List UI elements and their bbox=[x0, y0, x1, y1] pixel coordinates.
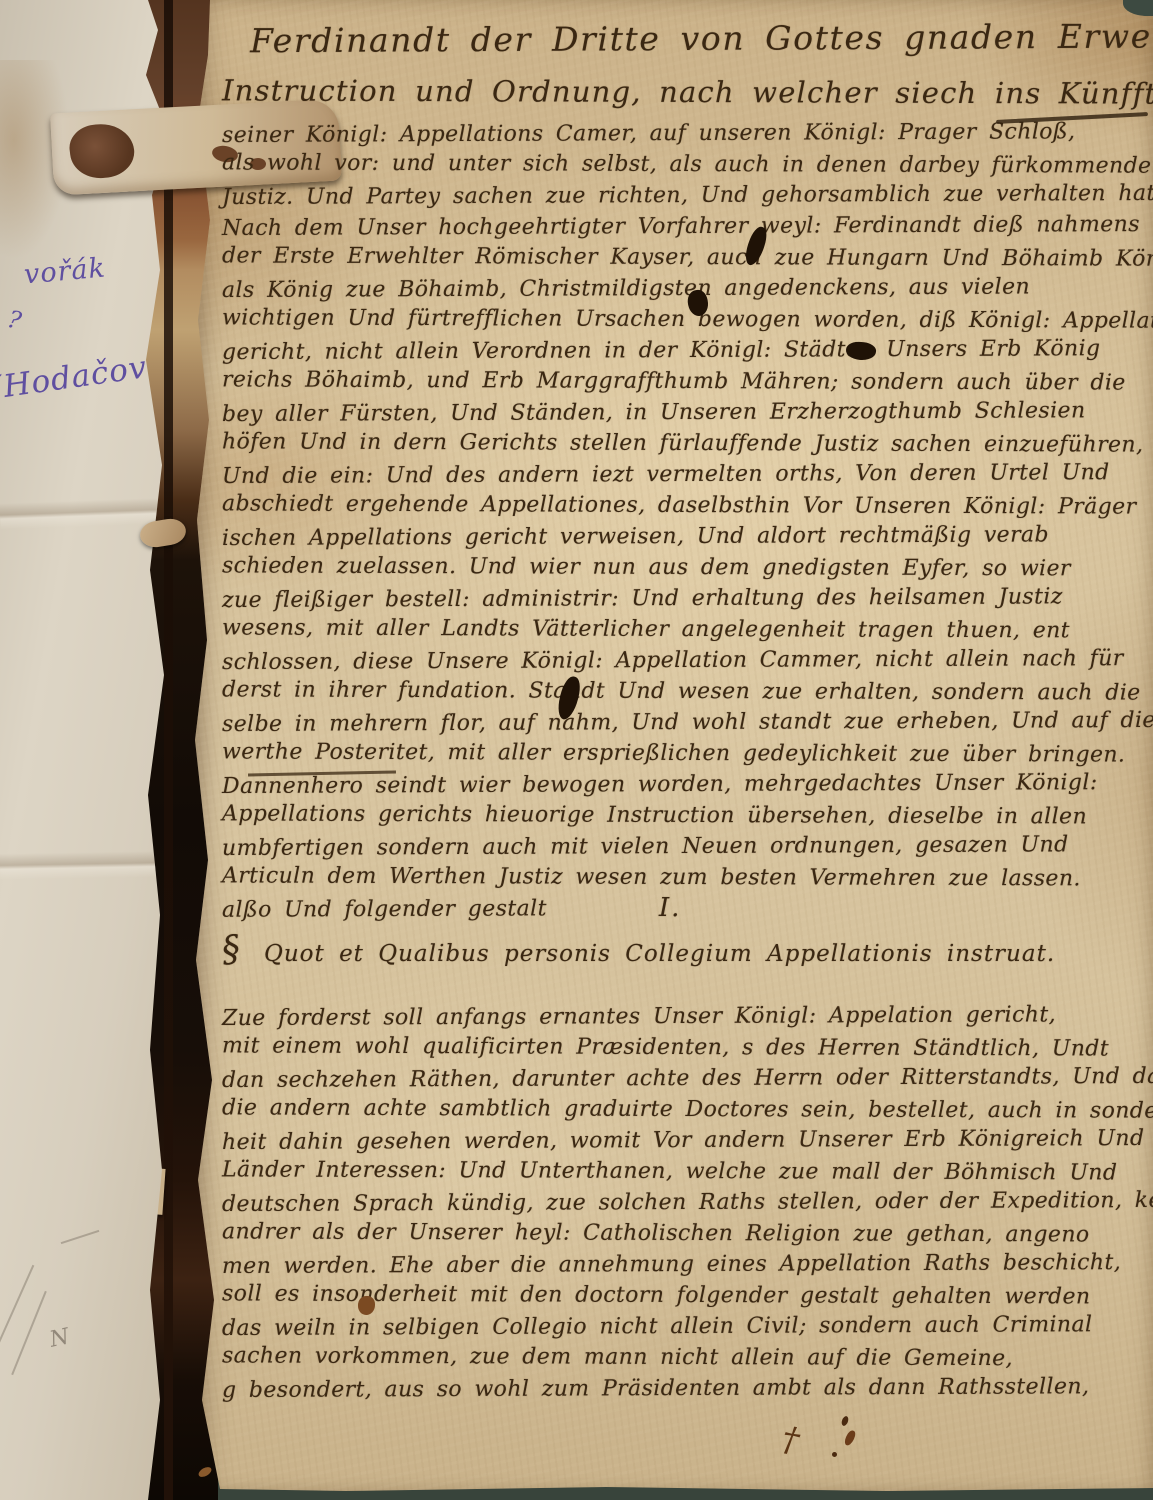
manuscript-line: bey aller Fürsten, Und Ständen, in Unser… bbox=[222, 395, 1148, 430]
manuscript-line: Appellations gerichts hieuorige Instruct… bbox=[222, 798, 1148, 832]
ink-speck bbox=[832, 1452, 837, 1457]
manuscript-line: andrer als der Unserer heyl: Catholische… bbox=[222, 1216, 1148, 1250]
manuscript-line: Articuln dem Werthen Justiz wesen zum be… bbox=[222, 860, 1148, 894]
manuscript-line: Zue forderst soll anfangs ernantes Unser… bbox=[222, 999, 1148, 1034]
manuscript-line: werthe Posteritet, mit aller ersprießlic… bbox=[222, 736, 1148, 770]
manuscript-line: höfen Und in dern Gerichts stellen fürla… bbox=[222, 426, 1148, 460]
manuscript-line: abschiedt ergehende Appellationes, dasel… bbox=[222, 488, 1148, 522]
manuscript-line: mit einem wohl qualificirten Præsidenten… bbox=[222, 1030, 1148, 1064]
manuscript-line: Justiz. Und Partey sachen zue richten, U… bbox=[222, 178, 1148, 213]
intro-block: seiner Königl: Appellations Camer, auf u… bbox=[222, 118, 1148, 211]
manuscript-line: zue fleißiger bestell: administrir: Und … bbox=[222, 581, 1148, 616]
manuscript-line: schieden zuelassen. Und wier nun aus dem… bbox=[222, 550, 1148, 584]
manuscript-line: g besondert, aus so wohl zum Präsidenten… bbox=[222, 1371, 1148, 1406]
manuscript-text: Ferdinandt der Dritte von Gottes gnaden … bbox=[222, 12, 1148, 1404]
closing-row: alßo Und folgender gestalt I. bbox=[222, 893, 1148, 927]
paragraph-1: Nach dem Unser hochgeehrtigter Vorfahrer… bbox=[222, 211, 1148, 893]
manuscript-line: reichs Böhaimb, und Erb Marggraffthumb M… bbox=[222, 364, 1148, 398]
title-line: Instruction und Ordnung, nach welcher si… bbox=[222, 64, 1148, 119]
binding-seam bbox=[164, 0, 173, 1500]
section-numeral: I. bbox=[659, 893, 682, 923]
section-mark-icon: § bbox=[220, 928, 242, 971]
manuscript-line: ischen Appellations gericht verweisen, U… bbox=[222, 519, 1148, 554]
manuscript-line: der Erste Erwehlter Römischer Kayser, au… bbox=[222, 240, 1148, 274]
title-block: Ferdinandt der Dritte von Gottes gnaden … bbox=[222, 12, 1148, 118]
manuscript-line: gericht, nicht allein Verordnen in der K… bbox=[222, 333, 1148, 368]
closing-line: alßo Und folgender gestalt bbox=[222, 893, 547, 925]
manuscript-line: men werden. Ehe aber die annehmung eines… bbox=[222, 1247, 1148, 1282]
manuscript-line: wichtigen Und fürtrefflichen Ursachen be… bbox=[222, 302, 1148, 336]
manuscript-line: die andern achte sambtlich graduirte Doc… bbox=[222, 1092, 1148, 1126]
paragraph-2: Zue forderst soll anfangs ernantes Unser… bbox=[222, 1001, 1148, 1404]
manuscript-line: Und die ein: Und des andern iezt vermelt… bbox=[222, 457, 1148, 492]
manuscript-line: Nach dem Unser hochgeehrtigter Vorfahrer… bbox=[222, 209, 1148, 244]
manuscript-photo: vořák ? (Hodačov N Ferdinandt der Dritte… bbox=[0, 0, 1153, 1500]
manuscript-line: deutschen Sprach kündig, zue solchen Rat… bbox=[222, 1185, 1148, 1220]
manuscript-line: als wohl vor: und unter sich selbst, als… bbox=[222, 147, 1148, 181]
manuscript-line: als König zue Böhaimb, Christmildigsten … bbox=[222, 271, 1148, 306]
manuscript-line: selbe in mehrern flor, auf nahm, Und woh… bbox=[222, 705, 1148, 740]
section-heading-row: § Quot et Qualibus personis Collegium Ap… bbox=[222, 929, 1148, 975]
manuscript-line: heit dahin gesehen werden, womit Vor and… bbox=[222, 1123, 1148, 1158]
manuscript-line: umbfertigen sondern auch mit vielen Neue… bbox=[222, 829, 1148, 864]
manuscript-line: Länder Interessen: Und Unterthanen, welc… bbox=[222, 1154, 1148, 1188]
title-line: Ferdinandt der Dritte von Gottes gnaden … bbox=[222, 10, 1148, 69]
section-heading: Quot et Qualibus personis Collegium Appe… bbox=[264, 941, 1055, 967]
manuscript-line: dan sechzehen Räthen, darunter achte des… bbox=[222, 1061, 1148, 1096]
manuscript-line: wesens, mit aller Landts Vätterlicher an… bbox=[222, 612, 1148, 646]
manuscript-line: das weiln in selbigen Collegio nicht all… bbox=[222, 1309, 1148, 1344]
manuscript-line: schlossen, diese Unsere Königl: Appellat… bbox=[222, 643, 1148, 678]
manuscript-line: sachen vorkommen, zue dem mann nicht all… bbox=[222, 1340, 1148, 1374]
manuscript-line: derst in ihrer fundation. Standt Und wes… bbox=[222, 674, 1148, 708]
